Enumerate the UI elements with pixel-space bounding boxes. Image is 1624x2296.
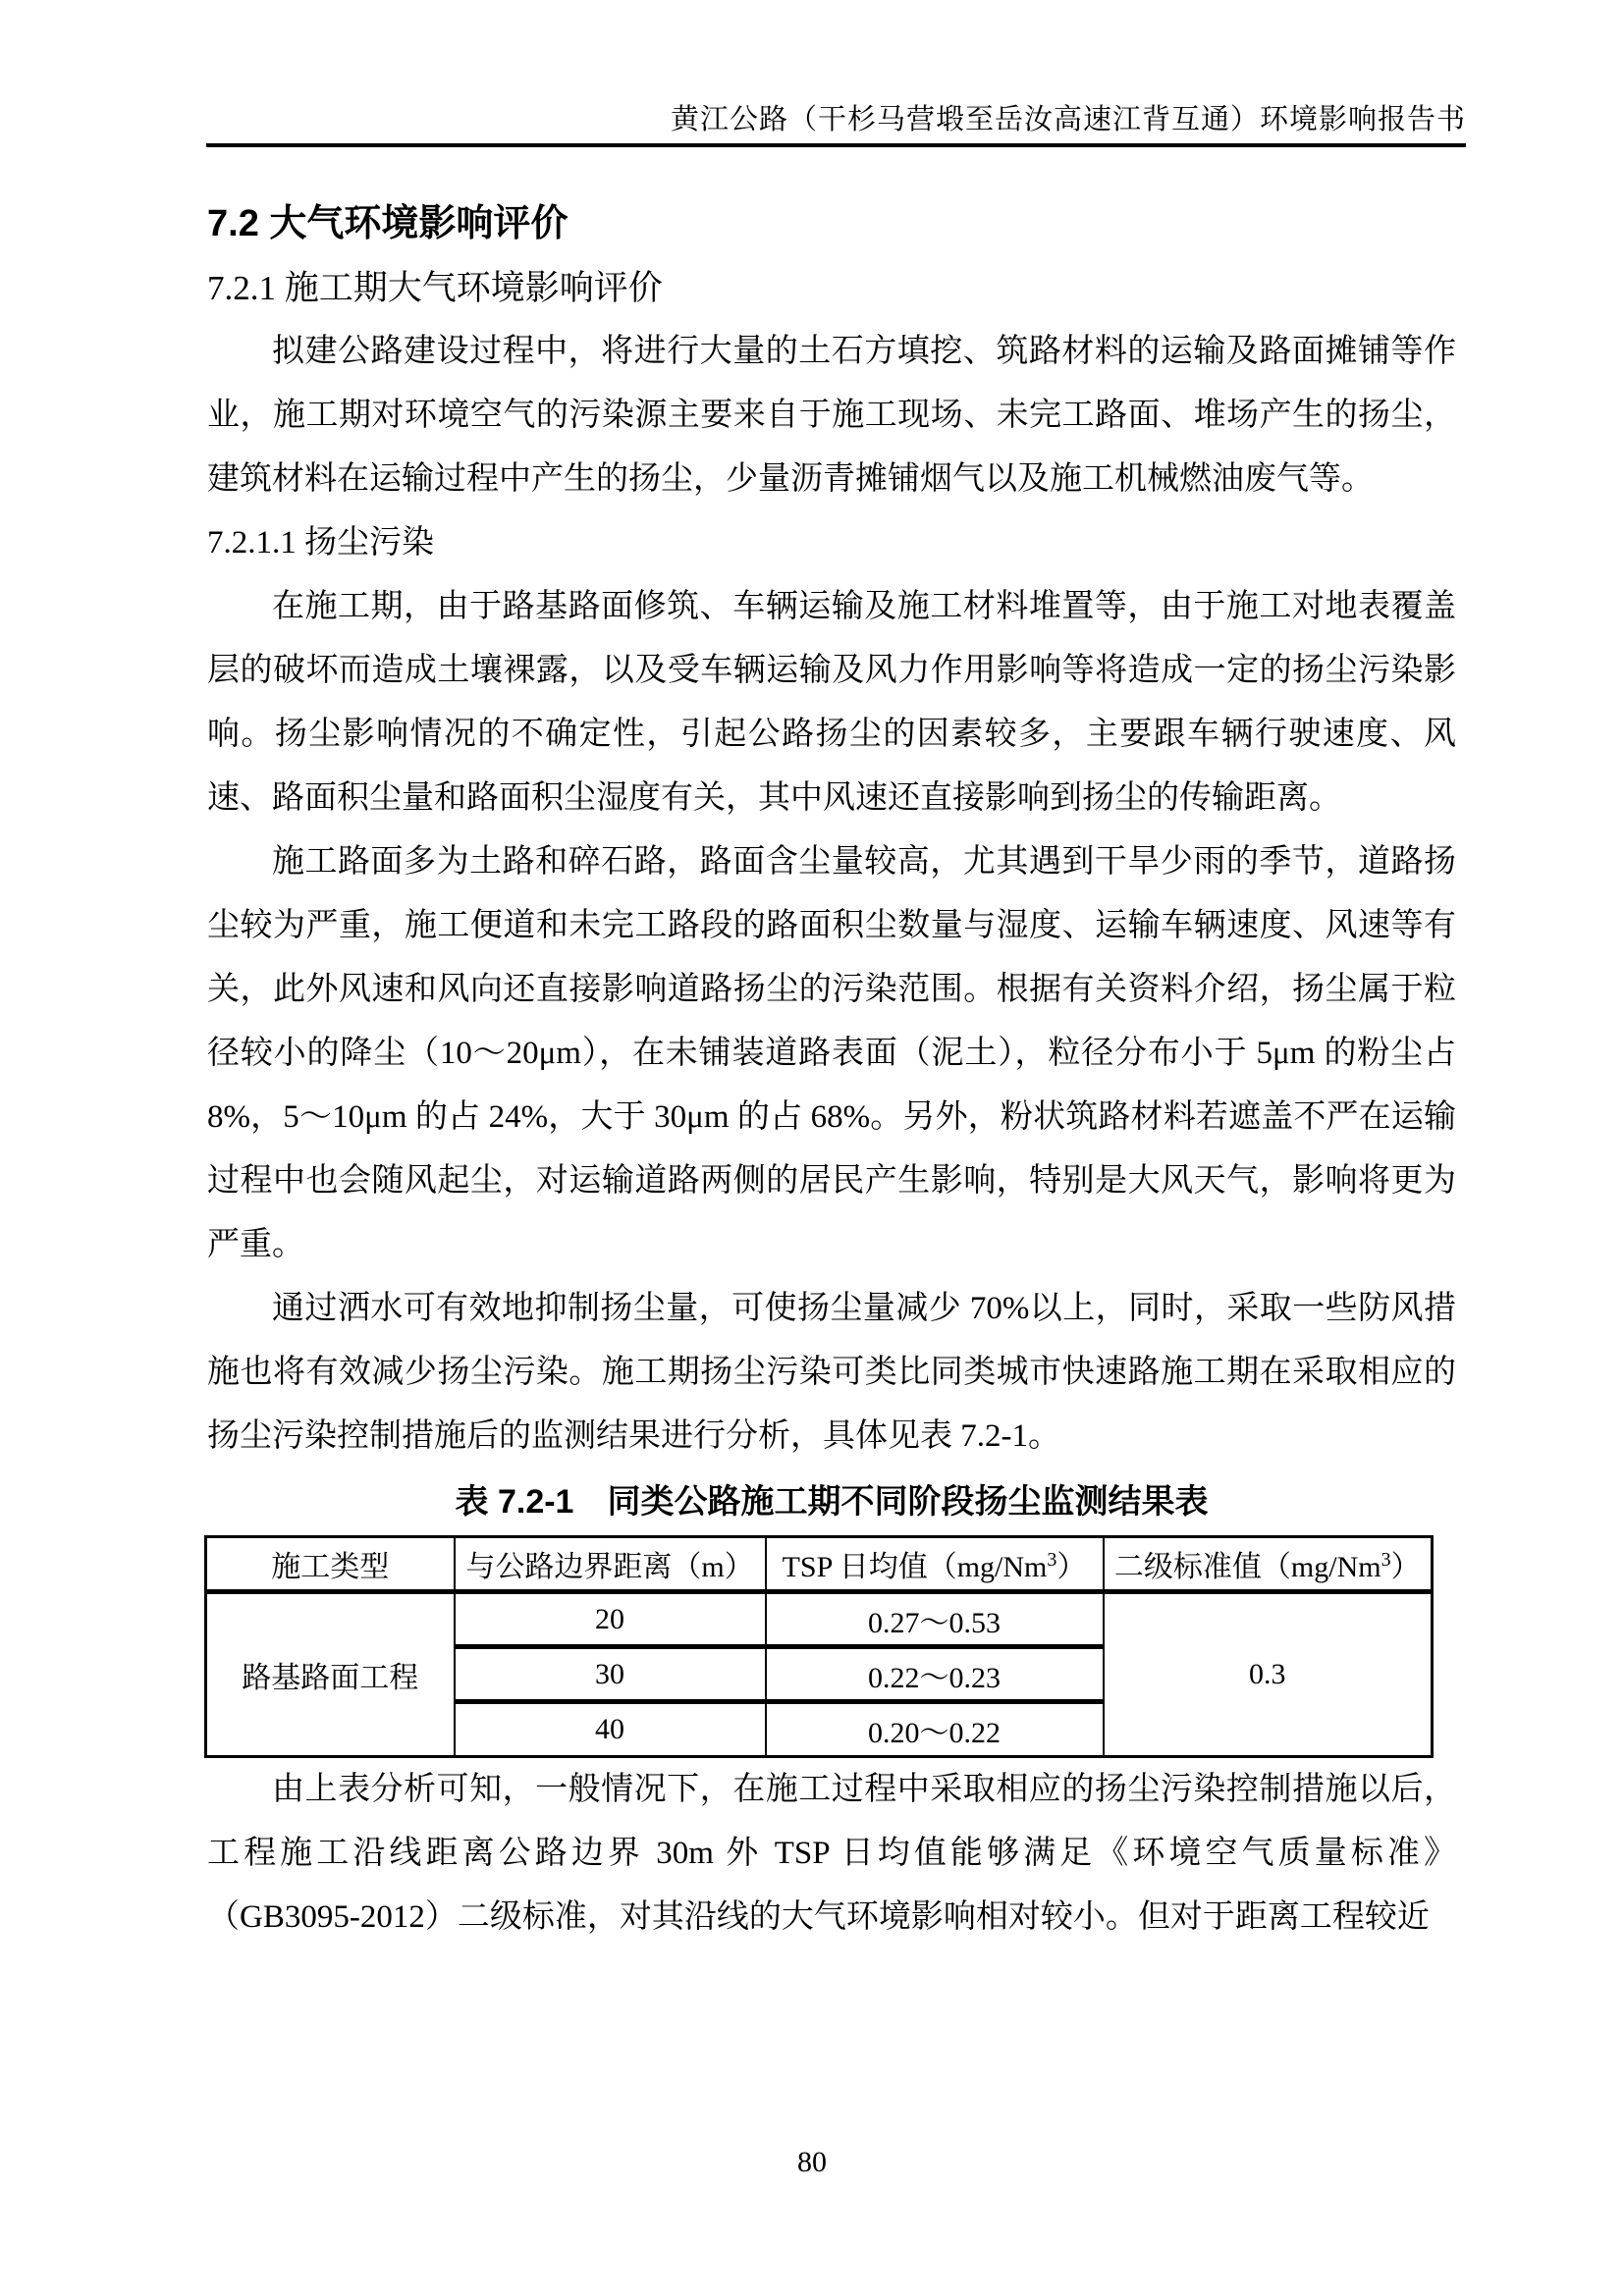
header-construction-type: 施工类型: [206, 1537, 455, 1592]
table-row: 路基路面工程 20 0.27～0.53 0.3: [206, 1592, 1433, 1647]
cell-distance: 40: [455, 1702, 766, 1757]
paragraph-conclusion: 由上表分析可知，一般情况下，在施工过程中采取相应的扬尘污染控制措施以后，工程施工…: [207, 1758, 1456, 1949]
cell-tsp-range: 0.20～0.22: [766, 1702, 1104, 1757]
header-tsp-daily-value: TSP 日均值（mg/Nm3）: [766, 1537, 1104, 1592]
section-heading-7-2-1-1: 7.2.1.1 扬尘污染: [207, 511, 1456, 575]
table-caption: 表 7.2-1同类公路施工期不同阶段扬尘监测结果表: [207, 1470, 1456, 1533]
cell-tsp-range: 0.27～0.53: [766, 1592, 1104, 1647]
running-title: 黄江公路（干杉马营塅至岳汝高速江背互通）环境影响报告书: [671, 97, 1466, 137]
dust-monitoring-table: 施工类型 与公路边界距离（m） TSP 日均值（mg/Nm3） 二级标准值（mg…: [204, 1535, 1434, 1758]
cell-standard-value: 0.3: [1104, 1592, 1433, 1757]
cell-distance: 20: [455, 1592, 766, 1647]
cell-distance: 30: [455, 1647, 766, 1702]
paragraph-road-surface: 施工路面多为土路和碎石路，路面含尘量较高，尤其遇到干旱少雨的季节，道路扬尘较为严…: [207, 830, 1456, 1277]
cell-tsp-range: 0.22～0.23: [766, 1647, 1104, 1702]
paragraph-dust-causes: 在施工期，由于路基路面修筑、车辆运输及施工材料堆置等，由于施工对地表覆盖层的破坏…: [207, 575, 1456, 830]
page-content: 7.2 大气环境影响评价 7.2.1 施工期大气环境影响评价 拟建公路建设过程中…: [207, 192, 1456, 1949]
cell-construction-type: 路基路面工程: [206, 1592, 455, 1757]
section-heading-7-2-1: 7.2.1 施工期大气环境影响评价: [207, 256, 1456, 320]
table-caption-title: 同类公路施工期不同阶段扬尘监测结果表: [607, 1483, 1208, 1521]
section-heading-7-2: 7.2 大气环境影响评价: [207, 192, 1456, 256]
page-header: 黄江公路（干杉马营塅至岳汝高速江背互通）环境影响报告书: [206, 0, 1466, 147]
table-caption-label: 表 7.2-1: [456, 1483, 574, 1521]
page-footer: 80: [0, 2146, 1624, 2179]
paragraph-intro: 拟建公路建设过程中，将进行大量的土石方填挖、筑路材料的运输及路面摊铺等作业，施工…: [207, 320, 1456, 511]
table-header-row: 施工类型 与公路边界距离（m） TSP 日均值（mg/Nm3） 二级标准值（mg…: [206, 1537, 1433, 1592]
header-secondary-standard: 二级标准值（mg/Nm3）: [1104, 1537, 1433, 1592]
header-distance: 与公路边界距离（m）: [455, 1537, 766, 1592]
document-page: 黄江公路（干杉马营塅至岳汝高速江背互通）环境影响报告书 7.2 大气环境影响评价…: [0, 0, 1624, 2296]
page-number: 80: [797, 2146, 827, 2178]
paragraph-water-spray: 通过洒水可有效地抑制扬尘量，可使扬尘量减少 70%以上，同时，采取一些防风措施也…: [207, 1277, 1456, 1468]
